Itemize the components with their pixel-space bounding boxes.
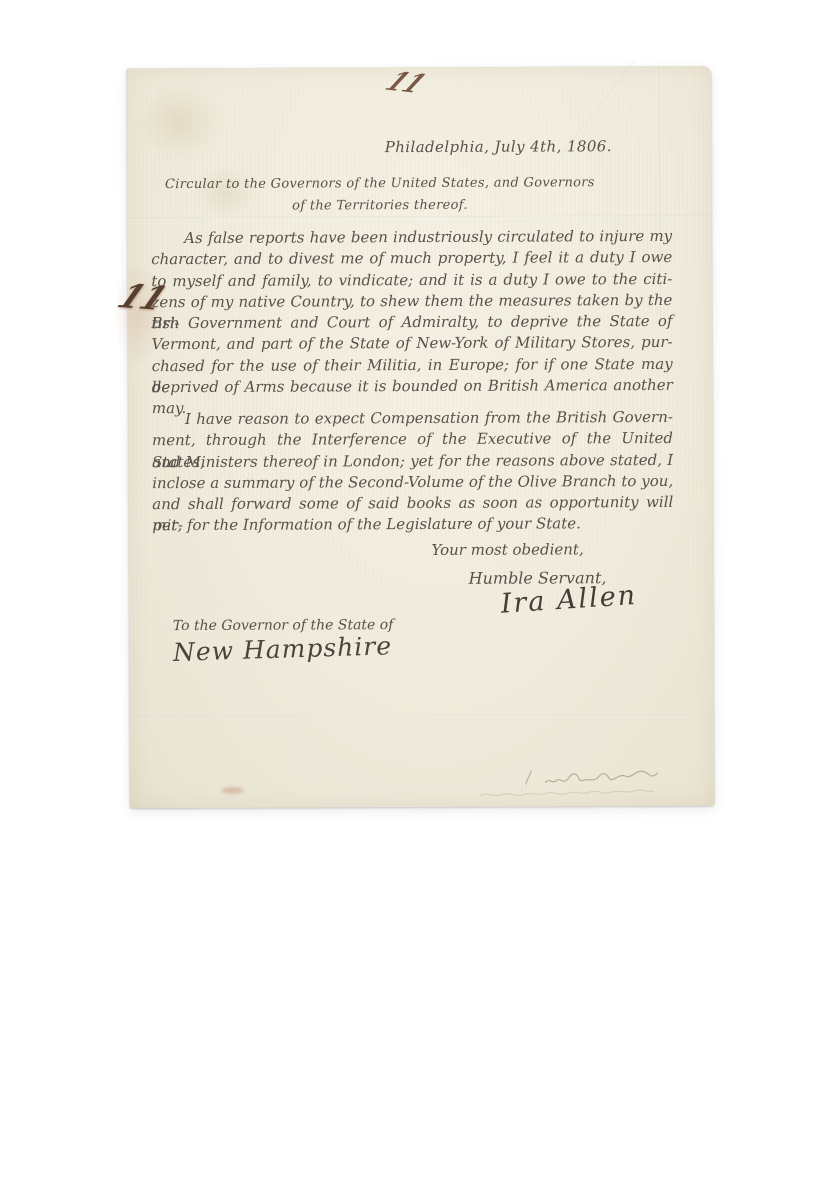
- body-line: As false reports have been industriously…: [151, 226, 672, 250]
- photo-backdrop: 11 11 Philadelphia, July 4th, 1806. Circ…: [0, 0, 819, 1197]
- body-line: mit, for the Information of the Legislat…: [152, 513, 673, 537]
- body-line: to myself and family, to vindicate; and …: [151, 268, 672, 292]
- body-line: I have reason to expect Compensation fro…: [152, 407, 673, 431]
- letter-document: 11 11 Philadelphia, July 4th, 1806. Circ…: [126, 66, 714, 809]
- body-line: deprived of Arms because it is bounded o…: [152, 375, 673, 399]
- toning-stain: [134, 82, 224, 162]
- heading-line-2: of the Territories thereof.: [151, 194, 609, 218]
- body-line: tish Government and Court of Admiralty, …: [151, 311, 672, 335]
- body-line: chased for the use of their Militia, in …: [152, 354, 673, 378]
- heading-line-1: Circular to the Governors of the United …: [151, 172, 609, 196]
- address-state-handwritten: New Hampshire: [173, 631, 393, 667]
- body-line: and shall forward some of said books as …: [152, 492, 673, 516]
- paragraph-1: As false reports have been industriously…: [151, 226, 673, 399]
- body-line: Vermont, and part of the State of New-Yo…: [152, 332, 673, 356]
- docket-mark-top: 11: [379, 66, 432, 98]
- dateline: Philadelphia, July 4th, 1806.: [385, 137, 612, 156]
- paragraph-2: I have reason to expect Compensation fro…: [152, 407, 674, 537]
- ink-smudge: [222, 787, 244, 794]
- body-line: ment, through the Interference of the Ex…: [152, 428, 673, 452]
- closing-obedient: Your most obedient,: [431, 540, 583, 559]
- pencil-annotation-faint-icon: [478, 787, 668, 800]
- heading: Circular to the Governors of the United …: [151, 172, 609, 218]
- body-line: inclose a summary of the Second-Volume o…: [152, 471, 673, 495]
- body-line: zens of my native Country, to shew them …: [151, 290, 672, 314]
- body-line: and Ministers thereof in London; yet for…: [152, 449, 673, 473]
- body-line: character, and to divest me of much prop…: [151, 247, 672, 271]
- fold-crease-horizontal-lower: [129, 714, 714, 720]
